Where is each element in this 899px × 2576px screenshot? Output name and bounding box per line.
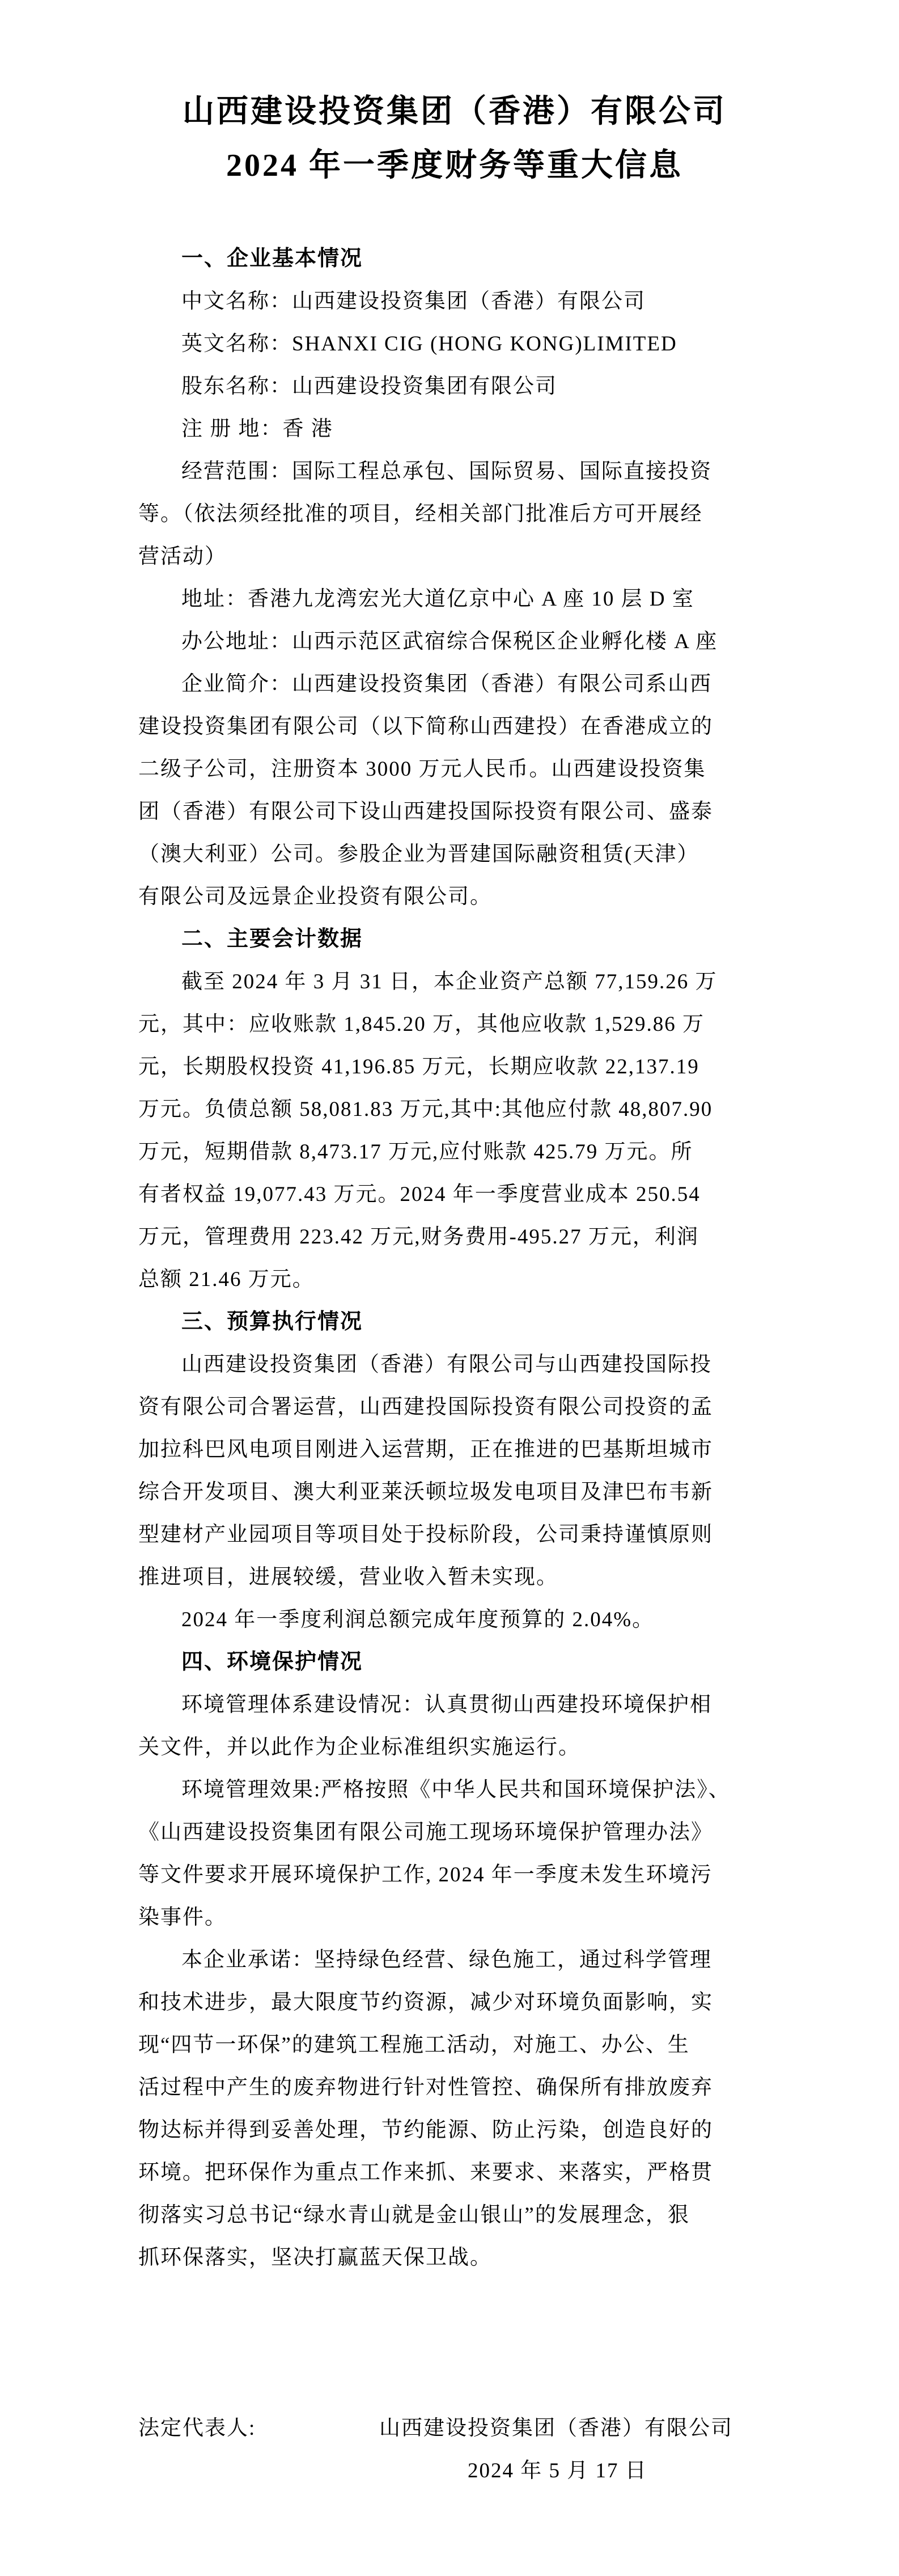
doc-line: 物达标并得到妥善处理，节约能源、防止污染，创造良好的: [138, 2109, 771, 2151]
doc-line: 中文名称：山西建设投资集团（香港）有限公司: [138, 280, 771, 323]
doc-line: 山西建设投资集团（香港）有限公司与山西建投国际投: [138, 1343, 771, 1386]
doc-line: 加拉科巴风电项目刚进入运营期，正在推进的巴基斯坦城市: [138, 1428, 771, 1471]
doc-line: 环境。把环保作为重点工作来抓、来要求、来落实，严格贯: [138, 2151, 771, 2194]
doc-line: 和技术进步，最大限度节约资源，减少对环境负面影响，实: [138, 1981, 771, 2024]
document-content: 山西建设投资集团（香港）有限公司 2024 年一季度财务等重大信息 一、企业基本…: [138, 85, 771, 2492]
doc-line: 关文件，并以此作为企业标准组织实施运行。: [138, 1726, 771, 1769]
doc-line: 注 册 地：香 港: [138, 408, 771, 450]
doc-line: 企业简介：山西建设投资集团（香港）有限公司系山西: [138, 663, 771, 705]
title-line-2: 2024 年一季度财务等重大信息: [138, 139, 771, 193]
doc-line: （澳大利亚）公司。参股企业为晋建国际融资租赁(天津）: [138, 833, 771, 875]
doc-line: 染事件。: [138, 1896, 771, 1939]
doc-line: 万元，短期借款 8,473.17 万元,应付账款 425.79 万元。所: [138, 1131, 771, 1173]
doc-line: 现“四节一环保”的建筑工程施工活动，对施工、办公、生: [138, 2024, 771, 2066]
doc-line: 环境管理效果:严格按照《中华人民共和国环境保护法》、: [138, 1769, 771, 1811]
doc-line: 英文名称：SHANXI CIG (HONG KONG)LIMITED: [138, 323, 771, 365]
doc-line: 总额 21.46 万元。: [138, 1258, 771, 1301]
doc-line: 推进项目，进展较缓，营业收入暂未实现。: [138, 1556, 771, 1598]
doc-line: 元，长期股权投资 41,196.85 万元，长期应收款 22,137.19: [138, 1046, 771, 1088]
doc-line: 有限公司及远景企业投资有限公司。: [138, 875, 771, 918]
doc-line: 等文件要求开展环境保护工作, 2024 年一季度未发生环境污: [138, 1854, 771, 1896]
doc-line: 型建材产业园项目等项目处于投标阶段，公司秉持谨慎原则: [138, 1513, 771, 1556]
doc-line: 有者权益 19,077.43 万元。2024 年一季度营业成本 250.54: [138, 1173, 771, 1216]
doc-line: 《山西建设投资集团有限公司施工现场环境保护管理办法》: [138, 1811, 771, 1854]
legal-representative-row: 法定代表人: 山西建设投资集团（香港）有限公司: [138, 2407, 771, 2450]
doc-line: 股东名称：山西建设投资集团有限公司: [138, 365, 771, 408]
doc-line: 地址：香港九龙湾宏光大道亿京中心 A 座 10 层 D 室: [138, 578, 771, 620]
doc-line: 本企业承诺：坚持绿色经营、绿色施工，通过科学管理: [138, 1939, 771, 1981]
doc-line: 等。（依法须经批准的项目，经相关部门批准后方可开展经: [138, 493, 771, 535]
doc-line: 元，其中：应收账款 1,845.20 万，其他应收款 1,529.86 万: [138, 1003, 771, 1046]
document-footer: 法定代表人: 山西建设投资集团（香港）有限公司 2024 年 5 月 17 日: [138, 2407, 771, 2492]
document-page: 山西建设投资集团（香港）有限公司 2024 年一季度财务等重大信息 一、企业基本…: [0, 0, 899, 2576]
doc-line: 办公地址：山西示范区武宿综合保税区企业孵化楼 A 座: [138, 620, 771, 663]
doc-line: 抓环保落实，坚决打赢蓝天保卫战。: [138, 2236, 771, 2279]
doc-line: 活过程中产生的废弃物进行针对性管控、确保所有排放废弃: [138, 2066, 771, 2109]
section-heading: 一、企业基本情况: [138, 238, 771, 280]
document-title: 山西建设投资集团（香港）有限公司 2024 年一季度财务等重大信息: [138, 85, 771, 193]
doc-line: 万元，管理费用 223.42 万元,财务费用-495.27 万元，利润: [138, 1216, 771, 1258]
document-body: 一、企业基本情况中文名称：山西建设投资集团（香港）有限公司英文名称：SHANXI…: [138, 238, 771, 2279]
signing-company-name: 山西建设投资集团（香港）有限公司: [379, 2407, 733, 2450]
doc-line: 截至 2024 年 3 月 31 日，本企业资产总额 77,159.26 万: [138, 961, 771, 1003]
document-date: 2024 年 5 月 17 日: [138, 2450, 771, 2492]
legal-representative-label: 法定代表人:: [138, 2417, 256, 2440]
doc-line: 万元。负债总额 58,081.83 万元,其中:其他应付款 48,807.90: [138, 1088, 771, 1131]
doc-line: 环境管理体系建设情况：认真贯彻山西建投环境保护相: [138, 1684, 771, 1726]
section-heading: 三、预算执行情况: [138, 1301, 771, 1343]
doc-line: 经营范围：国际工程总承包、国际贸易、国际直接投资: [138, 450, 771, 493]
doc-line: 资有限公司合署运营，山西建投国际投资有限公司投资的孟: [138, 1386, 771, 1428]
doc-line: 建设投资集团有限公司（以下简称山西建投）在香港成立的: [138, 705, 771, 748]
doc-line: 二级子公司，注册资本 3000 万元人民币。山西建设投资集: [138, 748, 771, 790]
title-line-1: 山西建设投资集团（香港）有限公司: [138, 85, 771, 139]
section-heading: 四、环境保护情况: [138, 1641, 771, 1684]
doc-line: 彻落实习总书记“绿水青山就是金山银山”的发展理念，狠: [138, 2194, 771, 2236]
section-heading: 二、主要会计数据: [138, 918, 771, 961]
doc-line: 综合开发项目、澳大利亚莱沃顿垃圾发电项目及津巴布韦新: [138, 1471, 771, 1513]
doc-line: 营活动）: [138, 535, 771, 578]
doc-line: 2024 年一季度利润总额完成年度预算的 2.04%。: [138, 1598, 771, 1641]
doc-line: 团（香港）有限公司下设山西建投国际投资有限公司、盛泰: [138, 790, 771, 833]
